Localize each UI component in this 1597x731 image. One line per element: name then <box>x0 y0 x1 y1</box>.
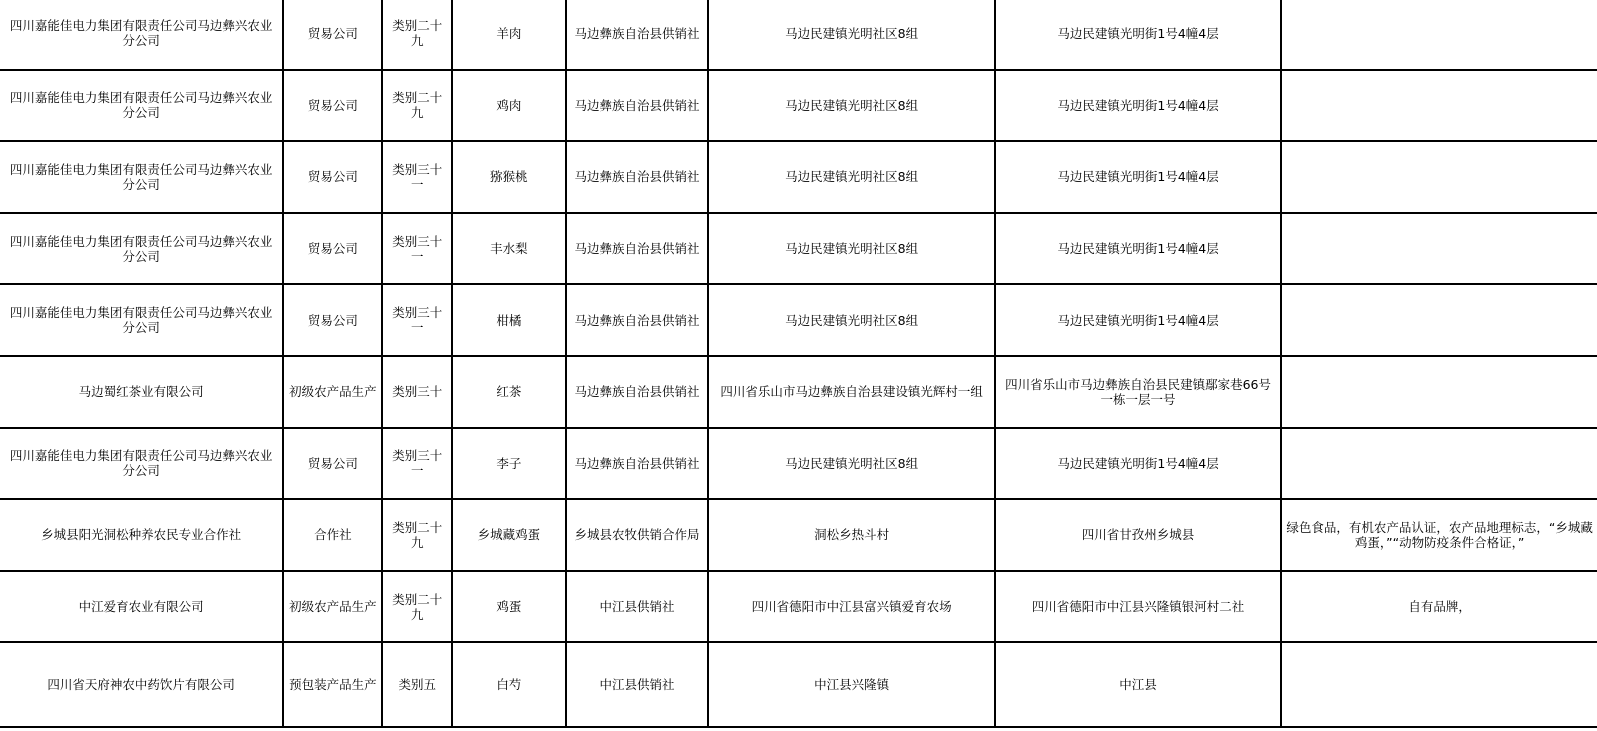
cell-text: 马边彝族自治县供销社 <box>574 384 699 399</box>
cell-text: 四川嘉能佳电力集团有限责任公司马边彝兴农业分公司 <box>10 305 273 335</box>
cell-remarks[interactable] <box>1281 642 1597 727</box>
cell-category[interactable]: 类别二十九 <box>382 0 452 70</box>
cell-text: 四川嘉能佳电力集团有限责任公司马边彝兴农业分公司 <box>10 90 273 120</box>
cell-text: 白芍 <box>496 677 521 692</box>
cell-text: 羊肉 <box>496 26 521 41</box>
cell-category[interactable]: 类别三十 <box>382 356 452 428</box>
cell-text: 马边民建镇光明街1号4幢4层 <box>1057 456 1218 471</box>
cell-text: 马边彝族自治县供销社 <box>574 313 699 328</box>
cell-company[interactable]: 中江爱育农业有限公司 <box>0 571 283 643</box>
cell-product[interactable]: 猕猴桃 <box>452 141 566 213</box>
cell-text: 鸡肉 <box>496 98 521 113</box>
cell-text: 马边民建镇光明社区8组 <box>785 456 918 471</box>
cell-text: 类别二十九 <box>392 520 442 550</box>
table-body: 四川嘉能佳电力集团有限责任公司马边彝兴农业分公司 贸易公司 类别二十九 羊肉 马… <box>0 0 1597 727</box>
cell-text: 乡城县农牧供销合作局 <box>574 527 699 542</box>
cell-text: 四川省天府神农中药饮片有限公司 <box>47 677 235 692</box>
cell-type[interactable]: 预包装产品生产 <box>283 642 382 727</box>
cell-text: 类别二十九 <box>392 18 442 48</box>
cell-company[interactable]: 乡城县阳光洞松种养农民专业合作社 <box>0 499 283 571</box>
cell-remarks[interactable]: 自有品牌， <box>1281 571 1597 643</box>
cell-text: 马边民建镇光明社区8组 <box>785 98 918 113</box>
table-row: 四川嘉能佳电力集团有限责任公司马边彝兴农业分公司 贸易公司 类别三十一 柑橘 马… <box>0 284 1597 356</box>
cell-supervisor[interactable]: 马边彝族自治县供销社 <box>566 0 709 70</box>
cell-text: 马边民建镇光明街1号4幢4层 <box>1057 26 1218 41</box>
cell-text: 四川省德阳市中江县兴隆镇银河村二社 <box>1032 599 1245 614</box>
cell-text: 中江县兴隆镇 <box>814 677 889 692</box>
cell-text: 乡城县阳光洞松种养农民专业合作社 <box>41 527 241 542</box>
cell-text: 类别三十一 <box>392 305 442 335</box>
cell-text: 四川省乐山市马边彝族自治县建设镇光辉村一组 <box>720 384 983 399</box>
cell-type[interactable]: 贸易公司 <box>283 0 382 70</box>
cell-company[interactable]: 四川省天府神农中药饮片有限公司 <box>0 642 283 727</box>
cell-product[interactable]: 柑橘 <box>452 284 566 356</box>
cell-product[interactable]: 鸡肉 <box>452 70 566 142</box>
cell-registered-address[interactable]: 四川省乐山市马边彝族自治县民建镇鄢家巷66号一栋一层一号 <box>995 356 1281 428</box>
cell-type[interactable]: 贸易公司 <box>283 213 382 285</box>
cell-text: 四川省甘孜州乡城县 <box>1082 527 1195 542</box>
cell-product[interactable]: 李子 <box>452 428 566 500</box>
cell-text: 自有品牌， <box>1408 599 1471 614</box>
cell-remarks[interactable] <box>1281 70 1597 142</box>
cell-remarks[interactable] <box>1281 0 1597 70</box>
cell-text: 类别三十一 <box>392 448 442 478</box>
cell-text: 类别二十九 <box>392 90 442 120</box>
cell-text: 类别三十一 <box>392 234 442 264</box>
cell-production-address[interactable]: 四川省德阳市中江县富兴镇爱育农场 <box>708 571 994 643</box>
cell-text: 李子 <box>496 456 521 471</box>
cell-category[interactable]: 类别三十一 <box>382 428 452 500</box>
cell-production-address[interactable]: 马边民建镇光明社区8组 <box>708 284 994 356</box>
cell-text: 合作社 <box>314 527 352 542</box>
cell-text: 类别二十九 <box>392 592 442 622</box>
cell-production-address[interactable]: 马边民建镇光明社区8组 <box>708 141 994 213</box>
cell-type[interactable]: 贸易公司 <box>283 284 382 356</box>
cell-category[interactable]: 类别二十九 <box>382 499 452 571</box>
cell-text: 贸易公司 <box>308 169 358 184</box>
cell-company[interactable]: 四川嘉能佳电力集团有限责任公司马边彝兴农业分公司 <box>0 141 283 213</box>
cell-text: 猕猴桃 <box>490 169 528 184</box>
table-row: 四川嘉能佳电力集团有限责任公司马边彝兴农业分公司 贸易公司 类别二十九 羊肉 马… <box>0 0 1597 70</box>
cell-product[interactable]: 羊肉 <box>452 0 566 70</box>
cell-text: 类别五 <box>398 677 436 692</box>
cell-supervisor[interactable]: 马边彝族自治县供销社 <box>566 356 709 428</box>
cell-text: 初级农产品生产 <box>289 599 377 614</box>
cell-type[interactable]: 贸易公司 <box>283 141 382 213</box>
cell-text: 四川嘉能佳电力集团有限责任公司马边彝兴农业分公司 <box>10 162 273 192</box>
cell-text: 马边彝族自治县供销社 <box>574 98 699 113</box>
cell-text: 乡城藏鸡蛋 <box>478 527 541 542</box>
cell-registered-address[interactable]: 马边民建镇光明街1号4幢4层 <box>995 428 1281 500</box>
cell-text: 贸易公司 <box>308 241 358 256</box>
cell-text: 洞松乡热斗村 <box>814 527 889 542</box>
cell-text: 中江县 <box>1119 677 1157 692</box>
table-row: 四川嘉能佳电力集团有限责任公司马边彝兴农业分公司 贸易公司 类别三十一 李子 马… <box>0 428 1597 500</box>
cell-production-address[interactable]: 四川省乐山市马边彝族自治县建设镇光辉村一组 <box>708 356 994 428</box>
cell-supervisor[interactable]: 马边彝族自治县供销社 <box>566 141 709 213</box>
cell-text: 中江县供销社 <box>599 677 674 692</box>
cell-product[interactable]: 鸡蛋 <box>452 571 566 643</box>
data-table: 四川嘉能佳电力集团有限责任公司马边彝兴农业分公司 贸易公司 类别二十九 羊肉 马… <box>0 0 1597 728</box>
table-row: 四川嘉能佳电力集团有限责任公司马边彝兴农业分公司 贸易公司 类别三十一 丰水梨 … <box>0 213 1597 285</box>
cell-remarks[interactable] <box>1281 356 1597 428</box>
cell-text: 马边蜀红茶业有限公司 <box>79 384 204 399</box>
cell-category[interactable]: 类别五 <box>382 642 452 727</box>
cell-supervisor[interactable]: 马边彝族自治县供销社 <box>566 428 709 500</box>
cell-category[interactable]: 类别三十一 <box>382 213 452 285</box>
cell-text: 贸易公司 <box>308 98 358 113</box>
cell-remarks[interactable] <box>1281 141 1597 213</box>
cell-supervisor[interactable]: 马边彝族自治县供销社 <box>566 70 709 142</box>
cell-remarks[interactable] <box>1281 284 1597 356</box>
cell-type[interactable]: 初级农产品生产 <box>283 356 382 428</box>
cell-text: 初级农产品生产 <box>289 384 377 399</box>
cell-text: 绿色食品，有机农产品认证，农产品地理标志，“乡城藏鸡蛋，”“动物防疫条件合格证，… <box>1286 520 1592 550</box>
cell-type[interactable]: 合作社 <box>283 499 382 571</box>
cell-product[interactable]: 白芍 <box>452 642 566 727</box>
table-row: 中江爱育农业有限公司 初级农产品生产 类别二十九 鸡蛋 中江县供销社 四川省德阳… <box>0 571 1597 643</box>
cell-text: 类别三十 <box>392 384 442 399</box>
cell-text: 四川省乐山市马边彝族自治县民建镇鄢家巷66号一栋一层一号 <box>1005 377 1271 407</box>
cell-company[interactable]: 四川嘉能佳电力集团有限责任公司马边彝兴农业分公司 <box>0 0 283 70</box>
cell-text: 马边民建镇光明社区8组 <box>785 313 918 328</box>
cell-text: 贸易公司 <box>308 456 358 471</box>
cell-registered-address[interactable]: 马边民建镇光明街1号4幢4层 <box>995 284 1281 356</box>
cell-registered-address[interactable]: 马边民建镇光明街1号4幢4层 <box>995 0 1281 70</box>
cell-text: 四川嘉能佳电力集团有限责任公司马边彝兴农业分公司 <box>10 234 273 264</box>
cell-type[interactable]: 贸易公司 <box>283 428 382 500</box>
cell-type[interactable]: 贸易公司 <box>283 70 382 142</box>
cell-text: 贸易公司 <box>308 26 358 41</box>
spreadsheet-view: 四川嘉能佳电力集团有限责任公司马边彝兴农业分公司 贸易公司 类别二十九 羊肉 马… <box>0 0 1597 731</box>
cell-text: 马边民建镇光明街1号4幢4层 <box>1057 241 1218 256</box>
cell-company[interactable]: 马边蜀红茶业有限公司 <box>0 356 283 428</box>
cell-product[interactable]: 红茶 <box>452 356 566 428</box>
cell-company[interactable]: 四川嘉能佳电力集团有限责任公司马边彝兴农业分公司 <box>0 284 283 356</box>
cell-production-address[interactable]: 马边民建镇光明社区8组 <box>708 70 994 142</box>
cell-text: 马边民建镇光明社区8组 <box>785 169 918 184</box>
cell-registered-address[interactable]: 马边民建镇光明街1号4幢4层 <box>995 213 1281 285</box>
table-row: 乡城县阳光洞松种养农民专业合作社 合作社 类别二十九 乡城藏鸡蛋 乡城县农牧供销… <box>0 499 1597 571</box>
cell-text: 马边民建镇光明街1号4幢4层 <box>1057 313 1218 328</box>
cell-company[interactable]: 四川嘉能佳电力集团有限责任公司马边彝兴农业分公司 <box>0 428 283 500</box>
cell-company[interactable]: 四川嘉能佳电力集团有限责任公司马边彝兴农业分公司 <box>0 70 283 142</box>
cell-text: 预包装产品生产 <box>289 677 377 692</box>
table-row: 四川嘉能佳电力集团有限责任公司马边彝兴农业分公司 贸易公司 类别三十一 猕猴桃 … <box>0 141 1597 213</box>
cell-production-address[interactable]: 马边民建镇光明社区8组 <box>708 0 994 70</box>
cell-category[interactable]: 类别二十九 <box>382 571 452 643</box>
cell-text: 中江县供销社 <box>599 599 674 614</box>
cell-text: 红茶 <box>496 384 521 399</box>
cell-supervisor[interactable]: 乡城县农牧供销合作局 <box>566 499 709 571</box>
cell-text: 马边民建镇光明街1号4幢4层 <box>1057 98 1218 113</box>
cell-text: 鸡蛋 <box>496 599 521 614</box>
cell-remarks[interactable]: 绿色食品，有机农产品认证，农产品地理标志，“乡城藏鸡蛋，”“动物防疫条件合格证，… <box>1281 499 1597 571</box>
cell-supervisor[interactable]: 中江县供销社 <box>566 571 709 643</box>
cell-text: 丰水梨 <box>490 241 528 256</box>
cell-type[interactable]: 初级农产品生产 <box>283 571 382 643</box>
cell-text: 类别三十一 <box>392 162 442 192</box>
cell-text: 贸易公司 <box>308 313 358 328</box>
cell-text: 柑橘 <box>496 313 521 328</box>
cell-text: 马边民建镇光明社区8组 <box>785 241 918 256</box>
cell-text: 马边民建镇光明社区8组 <box>785 26 918 41</box>
cell-text: 中江爱育农业有限公司 <box>79 599 204 614</box>
cell-category[interactable]: 类别三十一 <box>382 284 452 356</box>
cell-production-address[interactable]: 马边民建镇光明社区8组 <box>708 428 994 500</box>
cell-registered-address[interactable]: 四川省甘孜州乡城县 <box>995 499 1281 571</box>
cell-remarks[interactable] <box>1281 213 1597 285</box>
cell-supervisor[interactable]: 中江县供销社 <box>566 642 709 727</box>
cell-text: 马边彝族自治县供销社 <box>574 241 699 256</box>
table-row: 马边蜀红茶业有限公司 初级农产品生产 类别三十 红茶 马边彝族自治县供销社 四川… <box>0 356 1597 428</box>
cell-text: 四川省德阳市中江县富兴镇爱育农场 <box>752 599 952 614</box>
cell-text: 马边民建镇光明街1号4幢4层 <box>1057 169 1218 184</box>
cell-category[interactable]: 类别三十一 <box>382 141 452 213</box>
cell-supervisor[interactable]: 马边彝族自治县供销社 <box>566 213 709 285</box>
cell-supervisor[interactable]: 马边彝族自治县供销社 <box>566 284 709 356</box>
cell-registered-address[interactable]: 四川省德阳市中江县兴隆镇银河村二社 <box>995 571 1281 643</box>
table-row: 四川嘉能佳电力集团有限责任公司马边彝兴农业分公司 贸易公司 类别二十九 鸡肉 马… <box>0 70 1597 142</box>
cell-production-address[interactable]: 洞松乡热斗村 <box>708 499 994 571</box>
cell-company[interactable]: 四川嘉能佳电力集团有限责任公司马边彝兴农业分公司 <box>0 213 283 285</box>
table-row: 四川省天府神农中药饮片有限公司 预包装产品生产 类别五 白芍 中江县供销社 中江… <box>0 642 1597 727</box>
cell-product[interactable]: 丰水梨 <box>452 213 566 285</box>
cell-production-address[interactable]: 马边民建镇光明社区8组 <box>708 213 994 285</box>
cell-remarks[interactable] <box>1281 428 1597 500</box>
cell-text: 四川嘉能佳电力集团有限责任公司马边彝兴农业分公司 <box>10 448 273 478</box>
cell-text: 马边彝族自治县供销社 <box>574 456 699 471</box>
cell-registered-address[interactable]: 马边民建镇光明街1号4幢4层 <box>995 70 1281 142</box>
cell-registered-address[interactable]: 马边民建镇光明街1号4幢4层 <box>995 141 1281 213</box>
cell-production-address[interactable]: 中江县兴隆镇 <box>708 642 994 727</box>
cell-registered-address[interactable]: 中江县 <box>995 642 1281 727</box>
cell-category[interactable]: 类别二十九 <box>382 70 452 142</box>
cell-text: 马边彝族自治县供销社 <box>574 169 699 184</box>
cell-text: 马边彝族自治县供销社 <box>574 26 699 41</box>
cell-product[interactable]: 乡城藏鸡蛋 <box>452 499 566 571</box>
cell-text: 四川嘉能佳电力集团有限责任公司马边彝兴农业分公司 <box>10 18 273 48</box>
